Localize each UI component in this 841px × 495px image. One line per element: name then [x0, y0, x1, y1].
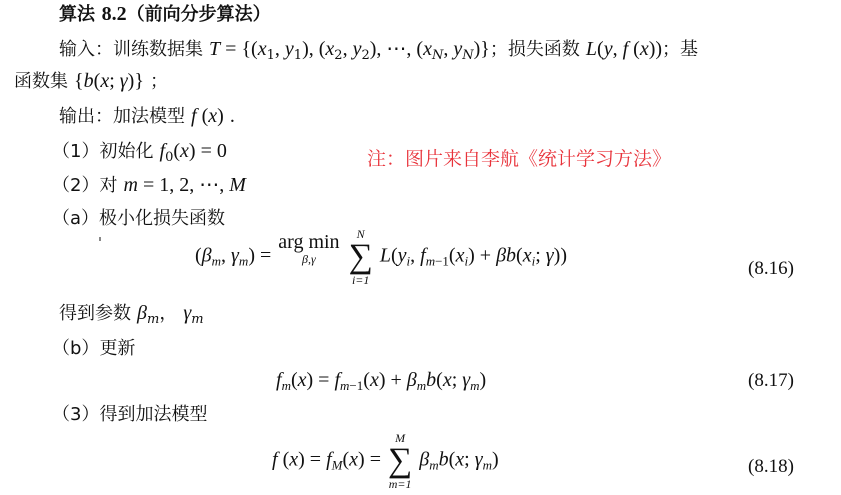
- equation-number: (8.16): [748, 258, 794, 280]
- step-text: 极小化损失函数: [99, 208, 225, 229]
- equation-8-18: f (x) = fM(x) = M ∑ m=1 βmb(x; γm): [272, 432, 499, 490]
- sum-operator: N ∑ i=1: [349, 228, 373, 286]
- loss-label: 损失函数: [508, 39, 580, 60]
- source-annotation: 注：图片来自李航《统计学习方法》: [367, 144, 671, 171]
- title-prefix: 算法: [59, 4, 95, 25]
- equation-8-16: (βm, γm) = arg min β,γ N ∑ i=1 L(yi, fm−…: [195, 228, 567, 286]
- step-marker: （3）: [52, 404, 99, 425]
- sep1: ；: [490, 39, 508, 60]
- algorithm-title: 算法 8.2（前向分步算法）: [59, 3, 271, 26]
- step-marker: （b）: [52, 338, 99, 359]
- output-line: 输出：加法模型 f (x) .: [59, 105, 235, 128]
- argmin-operator: arg min β,γ: [278, 232, 339, 266]
- step-text: 得到加法模型: [99, 404, 207, 425]
- input-line: 输入：训练数据集 T = {(x1, y1), (x2, y2), ⋯, (xN…: [59, 38, 698, 61]
- output-end: .: [230, 105, 235, 127]
- step-1: （1）初始化 f0(x) = 0: [52, 140, 227, 163]
- basis-math: {: [74, 70, 84, 92]
- step-text: 初始化: [99, 141, 153, 162]
- title-number: 8.2: [102, 3, 127, 25]
- scan-artifact: [99, 237, 101, 241]
- sum-operator: M ∑ m=1: [388, 432, 412, 490]
- input-end: ；: [150, 71, 168, 92]
- sep2: ；: [662, 39, 680, 60]
- step-text: 更新: [99, 338, 135, 359]
- step-2: （2）对 m = 1, 2, ⋯, M: [52, 174, 246, 197]
- basis-label-part1: 基: [680, 39, 698, 60]
- step-3: （3）得到加法模型: [52, 403, 207, 426]
- input-line-continued: 函数集 {b(x; γ)} ；: [14, 70, 168, 93]
- loss-math: L: [586, 38, 597, 60]
- step-marker: （a）: [52, 208, 99, 229]
- input-label: 输入：: [59, 39, 113, 60]
- equation-8-17: fm(x) = fm−1(x) + βmb(x; γm): [276, 369, 486, 392]
- step-marker: （2）: [52, 175, 99, 196]
- step-a: （a）极小化损失函数: [52, 207, 225, 230]
- step-b: （b）更新: [52, 337, 135, 360]
- output-label: 输出：: [59, 106, 113, 127]
- equation-number: (8.17): [748, 370, 794, 392]
- basis-label-part2: 函数集: [14, 71, 68, 92]
- train-set-math: T: [209, 38, 220, 60]
- step-text: 对: [99, 175, 117, 196]
- step-params: 得到参数 βm， γm: [59, 302, 204, 325]
- title-name: （前向分步算法）: [127, 4, 271, 25]
- equation-number: (8.18): [748, 456, 794, 478]
- train-set-label: 训练数据集: [113, 39, 203, 60]
- step-text: 得到参数: [59, 303, 131, 324]
- output-text: 加法模型: [113, 106, 185, 127]
- step-marker: （1）: [52, 141, 99, 162]
